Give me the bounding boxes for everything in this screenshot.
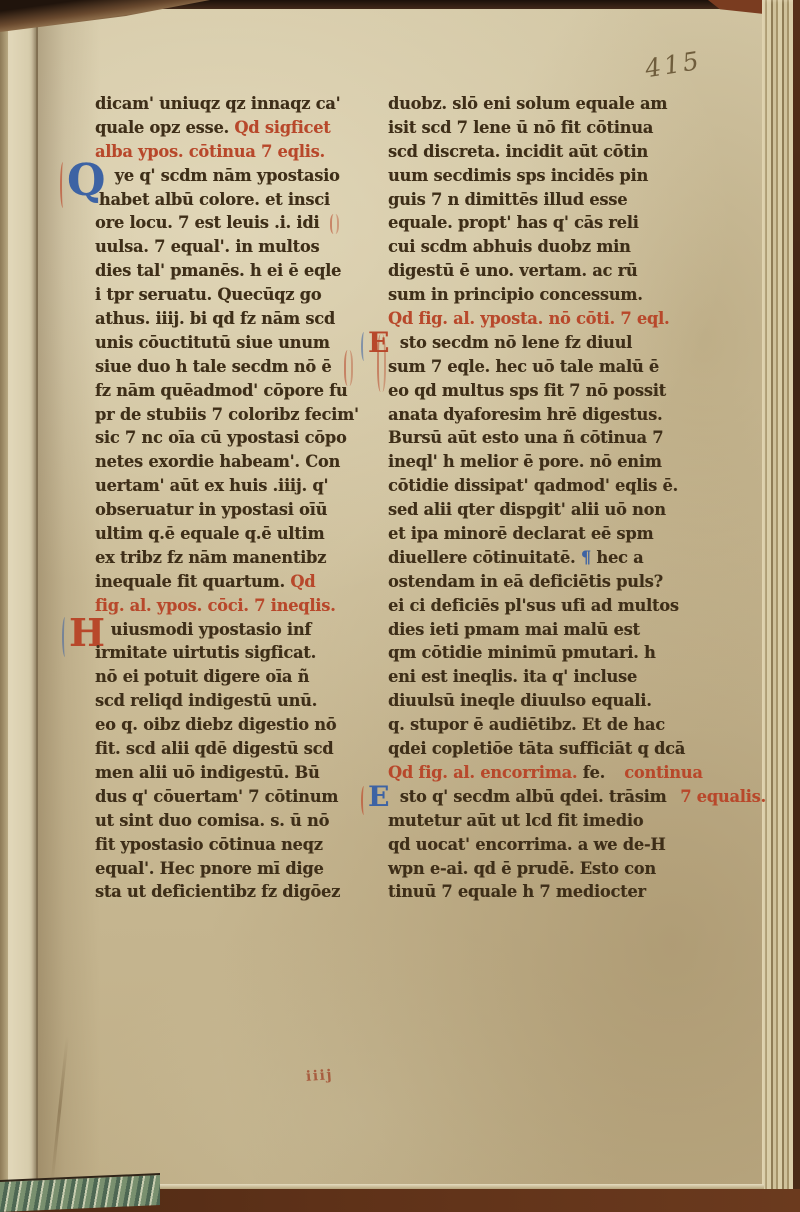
- body-text: irmitate uirtutis sigficat.: [95, 643, 316, 662]
- text-line: qm cōtidie minimū pmutari. h: [388, 641, 682, 665]
- body-text: duobz. slō eni solum equale am: [388, 94, 667, 113]
- body-text: sto q' secdm albū qdei. trāsim: [400, 787, 667, 806]
- text-line: cōtidie dissipat' qadmod' eqlis ē.: [388, 474, 682, 498]
- text-line: nō ei potuit digere oīa ñ: [95, 665, 352, 689]
- text-line: eni est ineqlis. ita q' incluse: [388, 665, 682, 689]
- text-line: Qd fig. al. encorrima. fe. continua: [388, 761, 682, 785]
- body-text: fit ypostasio cōtinua neqz: [95, 835, 323, 854]
- body-text: fz nām quēadmod' cōpore fu: [95, 381, 347, 400]
- body-text: nō ei potuit digere oīa ñ: [95, 667, 309, 686]
- text-column-right: duobz. slō eni solum equale amisit scd 7…: [388, 92, 688, 904]
- body-text: inequale fit quartum.: [95, 572, 290, 591]
- text-line: scd discreta. incidit aūt cōtin: [388, 140, 682, 164]
- text-line: Qd fig. al. yposta. nō cōti. 7 eql.: [388, 307, 682, 331]
- text-line: anata dyaforesim hrē digestus.: [388, 403, 682, 427]
- text-line: diuulsū ineqle diuulso equali.: [388, 689, 682, 713]
- body-text: q. stupor ē audiētibz. Et de hac: [388, 715, 665, 734]
- text-line: ostendam in eā deficiētis puls?: [388, 570, 682, 594]
- body-text: ye q' scdm nām ypostasio: [115, 166, 340, 185]
- text-line: fit ypostasio cōtinua neqz: [95, 833, 352, 857]
- text-line: dies tal' pmanēs. h ei ē eqle: [95, 259, 352, 283]
- body-text: ei ci deficiēs pl'sus ufi ad multos: [388, 596, 679, 615]
- body-text: sto secdm nō lene fz diuul: [400, 333, 632, 352]
- text-line: netes exordie habeam'. Con: [95, 450, 352, 474]
- body-text: fit. scd alii qdē digestū scd: [95, 739, 333, 758]
- text-line: ineql' h melior ē pore. nō enim: [388, 450, 682, 474]
- text-line: sum in principio concessum.: [388, 283, 682, 307]
- text-line: uulsa. 7 equal'. in multos: [95, 235, 352, 259]
- text-line: equal'. Hec pnore mī dige: [95, 857, 352, 881]
- pilcrow-mark: ¶: [581, 548, 591, 567]
- text-line: fz nām quēadmod' cōpore fu: [95, 379, 352, 403]
- quire-signature: iiij: [305, 1067, 333, 1085]
- text-line: guis 7 n dimittēs illud esse: [388, 188, 682, 212]
- text-line: fit. scd alii qdē digestū scd: [95, 737, 352, 761]
- rubric-text: Qd fig. al. yposta. nō cōti. 7 eql.: [388, 309, 669, 328]
- text-line: siue duo h tale secdm nō ē: [95, 355, 352, 379]
- text-line: mutetur aūt ut lcd fit imedio: [388, 809, 682, 833]
- body-text: tinuū 7 equale h 7 mediocter: [388, 882, 646, 901]
- body-text: quale opz esse.: [95, 118, 234, 137]
- rubric-text: Qd: [290, 572, 315, 591]
- body-text: uum secdimis sps incidēs pin: [388, 166, 648, 185]
- text-line: tinuū 7 equale h 7 mediocter: [388, 880, 682, 904]
- text-line: habet albū colore. et insci: [95, 188, 352, 212]
- body-text: cōtidie dissipat' qadmod' eqlis ē.: [388, 476, 678, 495]
- text-line: quale opz esse. Qd sigficet: [95, 116, 352, 140]
- body-text: digestū ē uno. vertam. ac rū: [388, 261, 637, 280]
- text-line: sic 7 nc oīa cū ypostasi cōpo: [95, 426, 352, 450]
- body-text: wpn e-ai. qd ē prudē. Esto con: [388, 859, 656, 878]
- body-text: sum in principio concessum.: [388, 285, 643, 304]
- body-text: cui scdm abhuis duobz min: [388, 237, 631, 256]
- body-text: i tpr seruatu. Quecūqz go: [95, 285, 321, 304]
- text-column-left: dicam' uniuqz qz innaqz ca'quale opz ess…: [95, 92, 357, 904]
- rubric-text: Qd fig. al. encorrima.: [388, 763, 577, 782]
- text-line: uertam' aūt ex huis .iiij. q': [95, 474, 352, 498]
- text-line: ex tribz fz nām manentibz: [95, 546, 352, 570]
- body-text: men alii uō indigestū. Bū: [95, 763, 320, 782]
- body-text: qdei copletiōe tāta sufficiāt q dcā: [388, 739, 685, 758]
- text-line: ye q' scdm nām ypostasio: [95, 164, 352, 188]
- body-text: sed alii qter dispgit' alii uō non: [388, 500, 666, 519]
- body-text: eo q. oibz diebz digestio nō: [95, 715, 336, 734]
- body-text: dicam' uniuqz qz innaqz ca': [95, 94, 340, 113]
- body-text: unis cōuctitutū siue unum: [95, 333, 330, 352]
- body-text: ostendam in eā deficiētis puls?: [388, 572, 663, 591]
- text-line: et ipa minorē declarat eē spm: [388, 522, 682, 546]
- body-text: ultim q.ē equale q.ē ultim: [95, 524, 324, 543]
- body-text: anata dyaforesim hrē digestus.: [388, 405, 662, 424]
- text-line: q. stupor ē audiētibz. Et de hac: [388, 713, 682, 737]
- text-line: sed alii qter dispgit' alii uō non: [388, 498, 682, 522]
- text-line: eo qd multus sps fit 7 nō possit: [388, 379, 682, 403]
- text-line: dicam' uniuqz qz innaqz ca': [95, 92, 352, 116]
- rubric-text: fig. al. ypos. cōci. 7 ineqlis.: [95, 596, 336, 615]
- text-line: isit scd 7 lene ū nō fit cōtinua: [388, 116, 682, 140]
- text-line: ore locu. 7 est leuis .i. idi: [95, 211, 352, 235]
- body-text: equale. propt' has q' cās reli: [388, 213, 639, 232]
- body-text: habet albū colore. et insci: [99, 190, 330, 209]
- text-line: dus q' cōuertam' 7 cōtinum: [95, 785, 352, 809]
- body-text: sic 7 nc oīa cū ypostasi cōpo: [95, 428, 347, 447]
- body-text: eni est ineqlis. ita q' incluse: [388, 667, 637, 686]
- body-text: diuulsū ineqle diuulso equali.: [388, 691, 652, 710]
- body-text: ore locu. 7 est leuis .i. idi: [95, 213, 319, 232]
- text-line: ut sint duo comisa. s. ū nō: [95, 809, 352, 833]
- text-line: ei ci deficiēs pl'sus ufi ad multos: [388, 594, 682, 618]
- text-line: uiusmodi ypostasio inf: [95, 618, 352, 642]
- text-line: men alii uō indigestū. Bū: [95, 761, 352, 785]
- body-text: pr de stubiis 7 coloribz fecim': [95, 405, 359, 424]
- text-line: alba ypos. cōtinua 7 eqlis.: [95, 140, 352, 164]
- text-line: Bursū aūt esto una ñ cōtinua 7: [388, 426, 682, 450]
- text-line: i tpr seruatu. Quecūqz go: [95, 283, 352, 307]
- text-line: inequale fit quartum. Qd: [95, 570, 352, 594]
- body-text: eo qd multus sps fit 7 nō possit: [388, 381, 666, 400]
- rubric-text: 7 equalis.: [680, 787, 766, 806]
- text-line: ultim q.ē equale q.ē ultim: [95, 522, 352, 546]
- body-text: guis 7 n dimittēs illud esse: [388, 190, 627, 209]
- body-text: Bursū aūt esto una ñ cōtinua 7: [388, 428, 663, 447]
- body-text: fe.: [577, 763, 610, 782]
- text-line: pr de stubiis 7 coloribz fecim': [95, 403, 352, 427]
- text-line: obseruatur in ypostasi oīū: [95, 498, 352, 522]
- body-text: scd discreta. incidit aūt cōtin: [388, 142, 648, 161]
- text-line: digestū ē uno. vertam. ac rū: [388, 259, 682, 283]
- body-text: scd reliqd indigestū unū.: [95, 691, 317, 710]
- rubric-text: alba ypos. cōtinua 7 eqlis.: [95, 142, 325, 161]
- body-text: dies tal' pmanēs. h ei ē eqle: [95, 261, 341, 280]
- text-line: unis cōuctitutū siue unum: [95, 331, 352, 355]
- body-text: athus. iiij. bi qd fz nām scd: [95, 309, 335, 328]
- body-text: mutetur aūt ut lcd fit imedio: [388, 811, 643, 830]
- body-text: obseruatur in ypostasi oīū: [95, 500, 327, 519]
- body-text: isit scd 7 lene ū nō fit cōtinua: [388, 118, 653, 137]
- body-text: ut sint duo comisa. s. ū nō: [95, 811, 329, 830]
- marginal-annotation: [377, 334, 386, 392]
- text-line: uum secdimis sps incidēs pin: [388, 164, 682, 188]
- body-text: dies ieti pmam mai malū est: [388, 620, 640, 639]
- manuscript-photo: 415 dicam' uniuqz qz innaqz ca'quale opz…: [0, 0, 800, 1212]
- text-line: qd uocat' encorrima. a we de-H: [388, 833, 682, 857]
- body-text: uertam' aūt ex huis .iiij. q': [95, 476, 328, 495]
- body-text: hec a: [591, 548, 643, 567]
- body-text: et ipa minorē declarat eē spm: [388, 524, 653, 543]
- text-line: sum 7 eqle. hec uō tale malū ē: [388, 355, 682, 379]
- previous-folio-edge: [8, 0, 38, 1212]
- text-line: wpn e-ai. qd ē prudē. Esto con: [388, 857, 682, 881]
- illuminated-initial: E: [368, 783, 389, 811]
- marginal-annotation: [344, 350, 353, 386]
- body-text: qm cōtidie minimū pmutari. h: [388, 643, 656, 662]
- text-line: irmitate uirtutis sigficat.: [95, 641, 352, 665]
- text-line: qdei copletiōe tāta sufficiāt q dcā: [388, 737, 682, 761]
- text-line: sta ut deficientibz fz digōez: [95, 880, 352, 904]
- text-line: fig. al. ypos. cōci. 7 ineqlis.: [95, 594, 352, 618]
- text-line: cui scdm abhuis duobz min: [388, 235, 682, 259]
- page-edges-right: [762, 0, 794, 1212]
- body-text: ex tribz fz nām manentibz: [95, 548, 326, 567]
- body-text: qd uocat' encorrima. a we de-H: [388, 835, 666, 854]
- body-text: uiusmodi ypostasio inf: [111, 620, 311, 639]
- body-text: diuellere cōtinuitatē.: [388, 548, 581, 567]
- body-text: dus q' cōuertam' 7 cōtinum: [95, 787, 338, 806]
- body-text: equal'. Hec pnore mī dige: [95, 859, 324, 878]
- text-line: sto secdm nō lene fz diuul: [388, 331, 682, 355]
- text-line: athus. iiij. bi qd fz nām scd: [95, 307, 352, 331]
- text-line: sto q' secdm albū qdei. trāsim7 equalis.: [388, 785, 682, 809]
- body-text: siue duo h tale secdm nō ē: [95, 357, 331, 376]
- body-text: uulsa. 7 equal'. in multos: [95, 237, 319, 256]
- marginal-annotation: [330, 214, 339, 234]
- binding-edge-right: [793, 0, 800, 1212]
- text-line: diuellere cōtinuitatē. ¶ hec a: [388, 546, 682, 570]
- body-text: sta ut deficientibz fz digōez: [95, 882, 340, 901]
- body-text: netes exordie habeam'. Con: [95, 452, 340, 471]
- text-line: equale. propt' has q' cās reli: [388, 211, 682, 235]
- text-line: dies ieti pmam mai malū est: [388, 618, 682, 642]
- body-text: ineql' h melior ē pore. nō enim: [388, 452, 662, 471]
- text-line: scd reliqd indigestū unū.: [95, 689, 352, 713]
- body-text: sum 7 eqle. hec uō tale malū ē: [388, 357, 659, 376]
- text-line: duobz. slō eni solum equale am: [388, 92, 682, 116]
- rubric-text: continua: [624, 763, 702, 782]
- text-line: eo q. oibz diebz digestio nō: [95, 713, 352, 737]
- rubric-text: Qd sigficet: [234, 118, 330, 137]
